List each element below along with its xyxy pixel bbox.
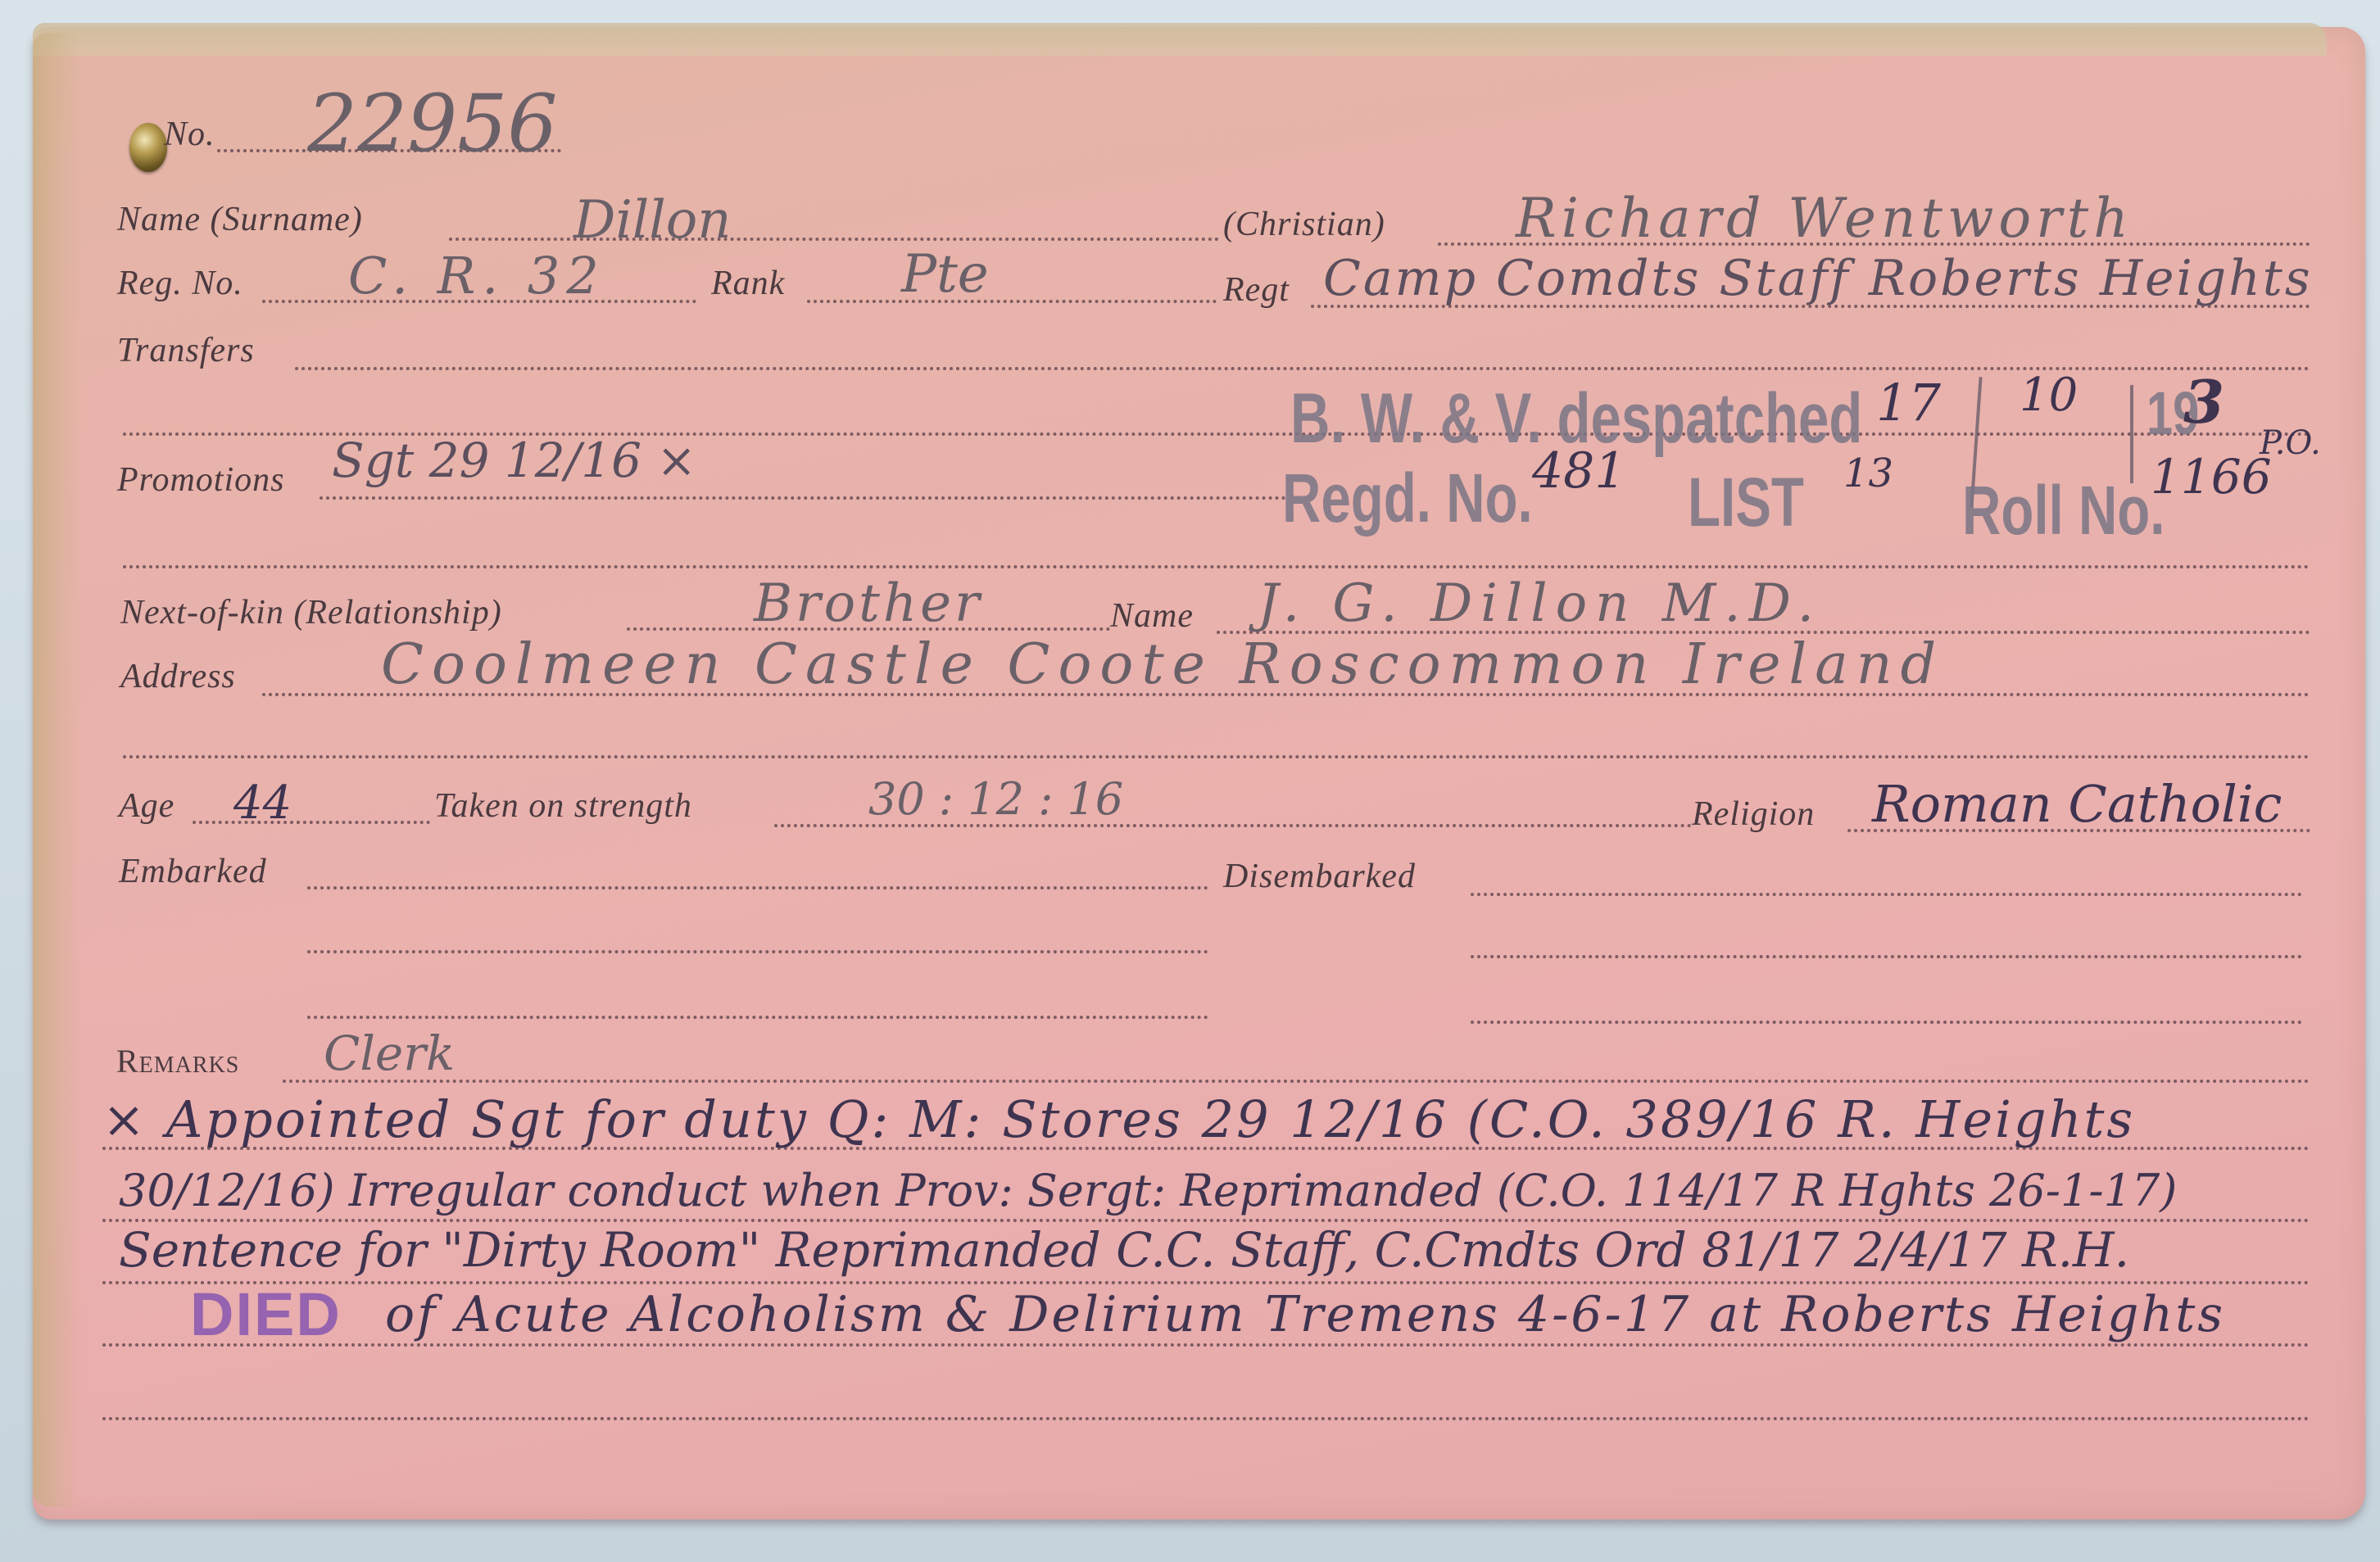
remarks-line-4: of Acute Alcoholism & Delirium Tremens 4… bbox=[385, 1286, 2225, 1343]
remarks-line-3-dots bbox=[102, 1281, 2310, 1284]
disembarked-dotted-line-2 bbox=[1471, 955, 2302, 958]
despatched-day: 17 bbox=[1876, 373, 1941, 432]
regd-no-label: Regd. No. bbox=[1282, 459, 1533, 538]
roll-no-label: Roll No. bbox=[1962, 471, 2165, 550]
remarks-line-5-dots bbox=[102, 1417, 2310, 1420]
embarked-dotted-line-2 bbox=[307, 950, 1208, 953]
christian-name-value: Richard Wentworth bbox=[1516, 187, 2133, 250]
transfers-label: Transfers bbox=[117, 331, 255, 370]
roll-no-value: 1166 bbox=[2151, 449, 2272, 505]
christian-label: (Christian) bbox=[1223, 205, 1385, 244]
brass-eyelet-icon bbox=[129, 123, 167, 172]
religion-label: Religion bbox=[1692, 795, 1815, 834]
next-of-kin-label: Next-of-kin (Relationship) bbox=[120, 593, 502, 632]
disembarked-label: Disembarked bbox=[1223, 857, 1416, 896]
card-number-value: 22956 bbox=[307, 78, 557, 170]
rank-value: Pte bbox=[901, 244, 989, 305]
address-label: Address bbox=[120, 657, 236, 696]
regd-no-value: 481 bbox=[1532, 442, 1626, 500]
regiment-value: Camp Comdts Staff Roberts Heights bbox=[1323, 250, 2313, 307]
transfers-dotted-line bbox=[295, 367, 2310, 370]
despatched-month: 10 bbox=[2020, 369, 2078, 422]
embarked-dotted-line bbox=[307, 886, 1208, 890]
taken-on-strength-label: Taken on strength bbox=[434, 786, 692, 826]
reg-no-label: Reg. No. bbox=[117, 264, 243, 303]
surname-label: Name (Surname) bbox=[117, 200, 363, 239]
surname-value: Dillon bbox=[573, 190, 731, 251]
remarks-line-2: 30/12/16) Irregular conduct when Prov: S… bbox=[119, 1165, 2177, 1216]
regt-label: Regt bbox=[1223, 270, 1290, 310]
despatched-year-suffix: 3 bbox=[2183, 367, 2224, 437]
age-value: 44 bbox=[233, 776, 292, 830]
reg-no-value: C. R. 32 bbox=[348, 246, 605, 306]
remarks-line-3: Sentence for "Dirty Room" Reprimanded C.… bbox=[119, 1222, 2129, 1278]
disembarked-dotted-line bbox=[1471, 893, 2302, 896]
number-label: No. bbox=[164, 115, 215, 154]
nok-name-label: Name bbox=[1110, 596, 1194, 636]
date-separator-stroke-2 bbox=[2130, 385, 2133, 483]
taken-on-strength-value: 30 : 12 : 16 bbox=[868, 773, 1123, 825]
list-value: 13 bbox=[1843, 450, 1893, 496]
surname-dotted-line bbox=[449, 238, 1219, 241]
promotions-dotted-line bbox=[320, 496, 1286, 500]
remarks-occupation-value: Clerk bbox=[324, 1025, 455, 1081]
card-worn-left-edge bbox=[33, 33, 82, 1507]
nok-name-value: J. G. Dillon M.D. bbox=[1258, 573, 1822, 634]
promotions-label: Promotions bbox=[117, 460, 284, 500]
remarks-line-4-dots bbox=[102, 1343, 2310, 1347]
list-label: LIST bbox=[1688, 463, 1804, 542]
age-dotted-line bbox=[193, 821, 430, 824]
remarks-label: Remarks bbox=[116, 1042, 239, 1080]
remarks-dotted-line bbox=[283, 1080, 2310, 1083]
rank-label: Rank bbox=[711, 264, 785, 303]
religion-value: Roman Catholic bbox=[1872, 774, 2282, 834]
disembarked-dotted-line-3 bbox=[1471, 1021, 2302, 1024]
age-label: Age bbox=[119, 786, 175, 826]
card-worn-top-edge bbox=[33, 23, 2327, 56]
nok-relationship-value: Brother bbox=[754, 573, 983, 634]
address-dotted-line-2 bbox=[123, 755, 2310, 758]
address-value: Coolmeen Castle Coote Roscommon Ireland bbox=[381, 632, 1944, 697]
promotions-dotted-line-2 bbox=[123, 565, 2310, 568]
embarked-label: Embarked bbox=[119, 852, 267, 891]
remarks-line-1: × Appointed Sgt for duty Q: M: Stores 29… bbox=[102, 1089, 2135, 1149]
promotions-value: Sgt 29 12/16 × bbox=[332, 432, 696, 488]
embarked-dotted-line-3 bbox=[307, 1016, 1208, 1019]
rank-dotted-line bbox=[807, 300, 1217, 303]
died-stamp: DIED bbox=[190, 1279, 342, 1349]
